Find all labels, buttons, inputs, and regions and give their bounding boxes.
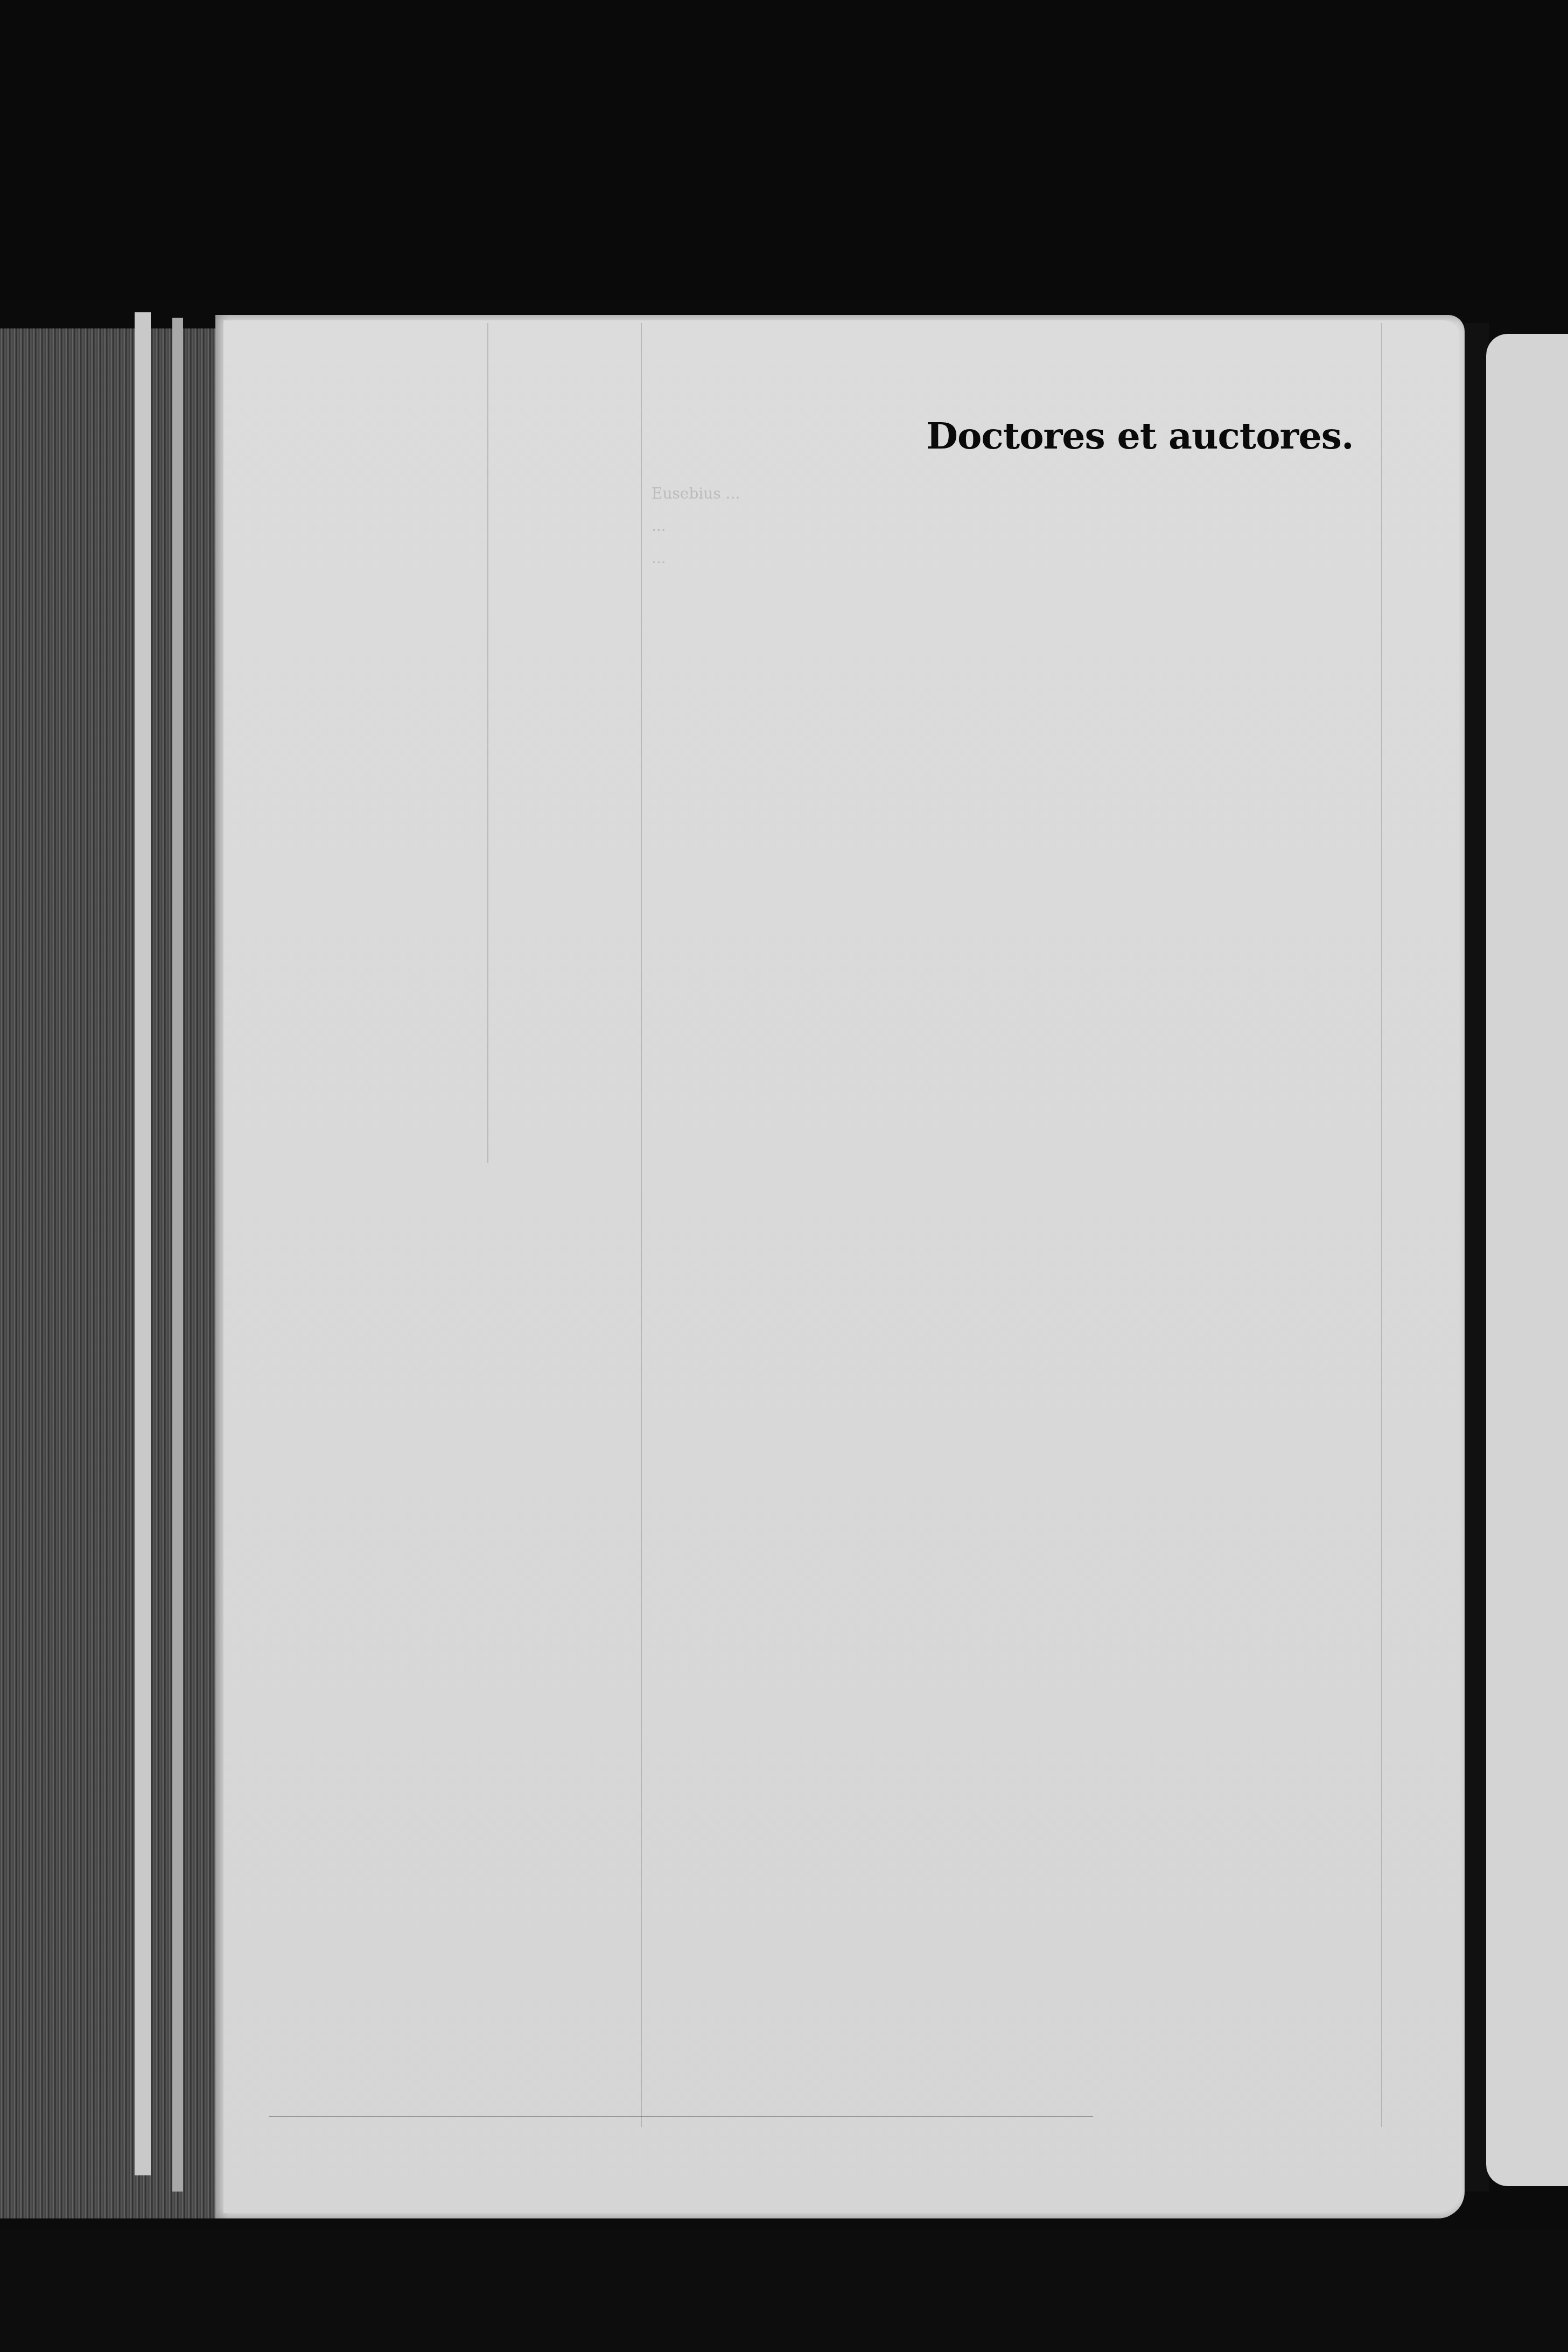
book-page [215,315,1465,2218]
show-through-line-1: Eusebius ... [652,485,740,502]
page-heading: Doctores et auctores. [926,415,1354,458]
ruling-line-left [487,323,488,1163]
show-through-line-3: ... [652,549,666,567]
bottom-dotted-rule [269,2116,1093,2117]
page-edge-highlight [135,312,151,2175]
background-top [0,0,1568,302]
book-gutter [1465,323,1489,2192]
background-bottom [0,2229,1568,2352]
page-surface [223,320,1459,2213]
ruling-line-right [1381,323,1382,2127]
facing-page-edge [1486,334,1568,2186]
page-edge-highlight-2 [172,318,183,2192]
book-page-edges [0,328,226,2218]
show-through-line-2: ... [652,517,666,535]
ruling-line-middle [641,323,642,2127]
